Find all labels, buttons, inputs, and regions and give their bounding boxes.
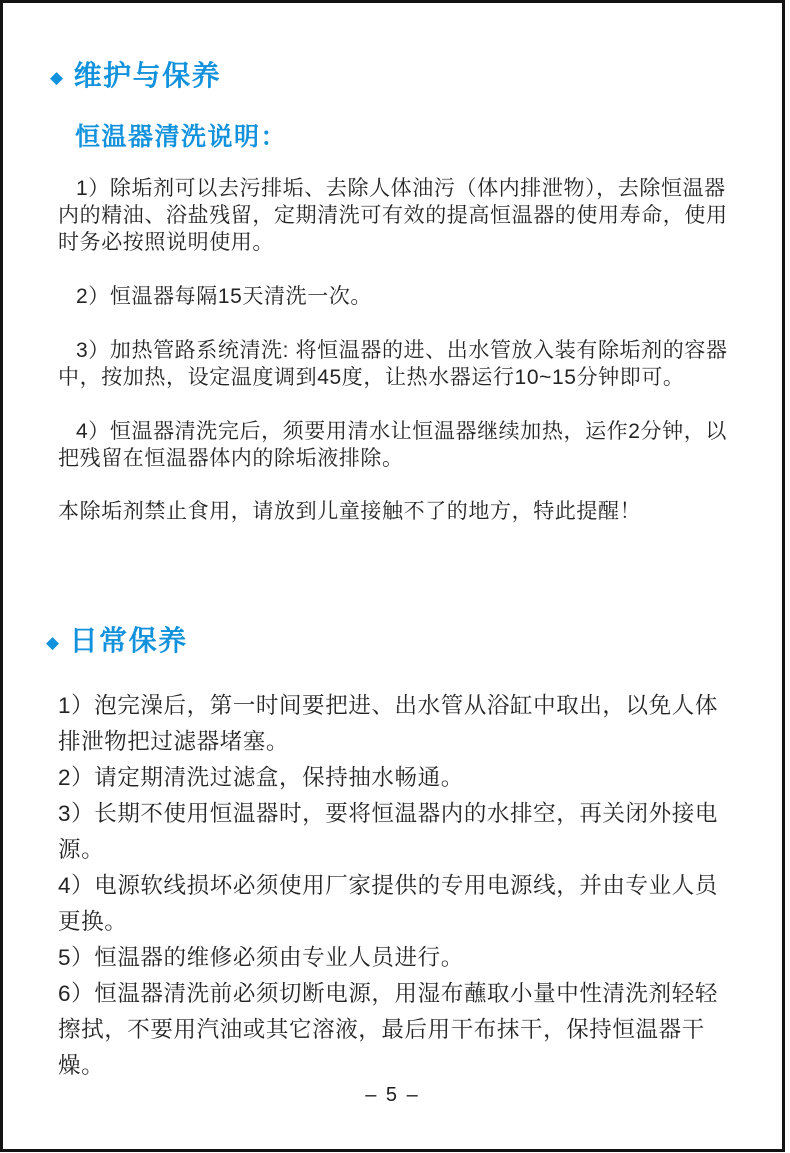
maintenance-paragraph-2: 2）恒温器每隔15天清洗一次。 bbox=[58, 283, 738, 310]
daily-care-item-1: 1）泡完澡后，第一时间要把进、出水管从浴缸中取出，以免人体排泄物把过滤器堵塞。 bbox=[58, 688, 738, 760]
diamond-icon: ◆ bbox=[50, 69, 65, 86]
section-maintenance: ◆ 维护与保养 恒温器清洗说明： 1）除垢剂可以去污排垢、去除人体油污（体内排泄… bbox=[58, 60, 738, 525]
section-daily-care-title-text: 日常保养 bbox=[70, 625, 188, 657]
thermostat-cleaning-subtitle: 恒温器清洗说明： bbox=[75, 122, 738, 152]
daily-care-item-6: 6）恒温器清洗前必须切断电源，用湿布蘸取小量中性清洗剂轻轻擦拭，不要用汽油或其它… bbox=[58, 976, 738, 1084]
daily-care-item-5: 5）恒温器的维修必须由专业人员进行。 bbox=[58, 940, 738, 976]
section-maintenance-title-text: 维护与保养 bbox=[74, 60, 222, 92]
diamond-icon: ◆ bbox=[46, 634, 61, 651]
section-maintenance-title: ◆ 维护与保养 bbox=[50, 60, 738, 92]
daily-care-item-4: 4）电源软线损坏必须使用厂家提供的专用电源线，并由专业人员更换。 bbox=[58, 868, 738, 940]
maintenance-paragraph-4: 4）恒温器清洗完后，须要用清水让恒温器继续加热，运作2分钟，以把残留在恒温器体内… bbox=[58, 418, 738, 472]
section-daily-care-title: ◆ 日常保养 bbox=[46, 625, 738, 657]
daily-care-item-3: 3）长期不使用恒温器时，要将恒温器内的水排空，再关闭外接电源。 bbox=[58, 796, 738, 868]
maintenance-paragraph-3: 3）加热管路系统清洗: 将恒温器的进、出水管放入装有除垢剂的容器中，按加热，设定… bbox=[58, 337, 738, 391]
warning-text: 本除垢剂禁止食用，请放到儿童接触不了的地方，特此提醒！ bbox=[58, 498, 738, 525]
maintenance-paragraph-1: 1）除垢剂可以去污排垢、去除人体油污（体内排泄物），去除恒温器内的精油、浴盐残留… bbox=[58, 175, 738, 256]
daily-care-list: 1）泡完澡后，第一时间要把进、出水管从浴缸中取出，以免人体排泄物把过滤器堵塞。 … bbox=[58, 688, 738, 1084]
daily-care-item-2: 2）请定期清洗过滤盒，保持抽水畅通。 bbox=[58, 760, 738, 796]
section-daily-care: ◆ 日常保养 1）泡完澡后，第一时间要把进、出水管从浴缸中取出，以免人体排泄物把… bbox=[58, 625, 738, 1084]
page-number: – 5 – bbox=[0, 1084, 785, 1107]
page-content: ◆ 维护与保养 恒温器清洗说明： 1）除垢剂可以去污排垢、去除人体油污（体内排泄… bbox=[0, 0, 790, 1084]
